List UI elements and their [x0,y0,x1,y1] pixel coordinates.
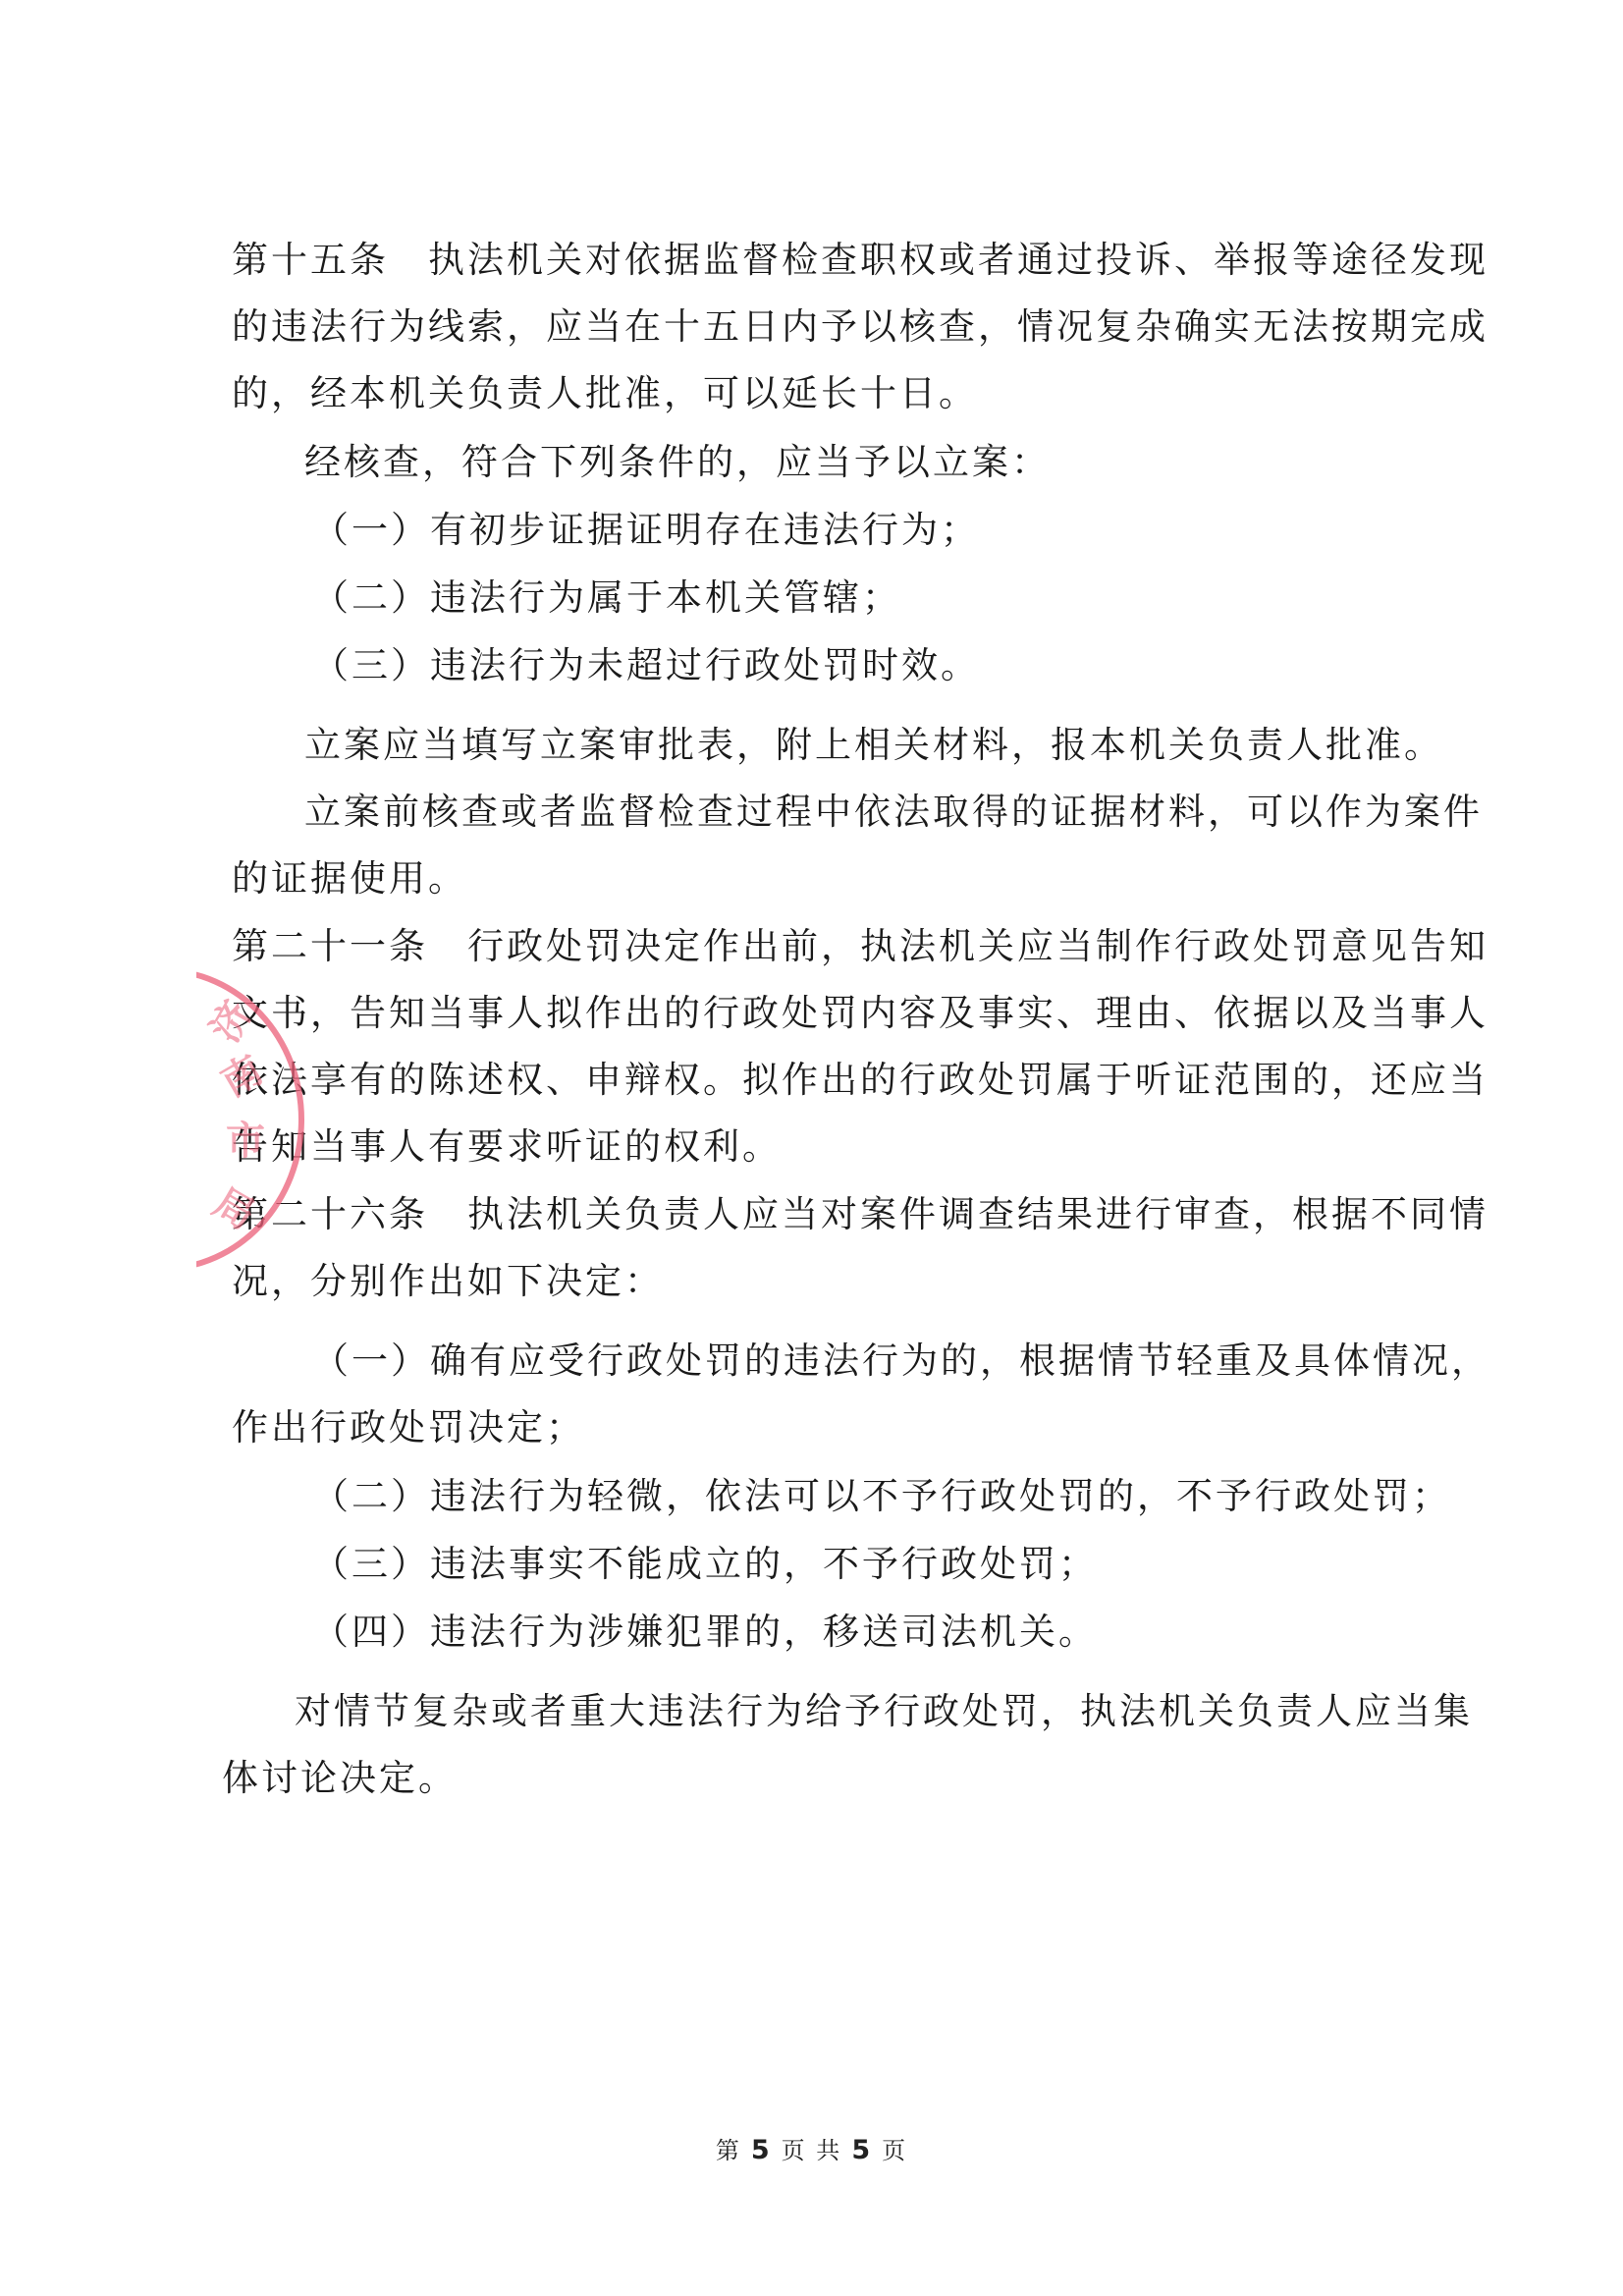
article-15-line-2: 的违法行为线索，应当在十五日内予以核查，情况复杂确实无法按期完成 [232,304,1443,350]
article-26-para-collective-line-2: 体讨论决定。 [222,1756,458,1801]
article-26-line-1: 第二十六条 执法机关负责人应当对案件调查结果进行审查，根据不同情 [232,1192,1443,1237]
article-26-line-2: 况，分别作出如下决定： [232,1259,664,1304]
current-page-number: 5 [751,2135,772,2165]
total-pages-number: 5 [851,2135,872,2165]
article-15-item-1: （一）有初步证据证明存在违法行为； [312,508,980,553]
article-15-line-1: 第十五条 执法机关对依据监督检查职权或者通过投诉、举报等途径发现 [232,238,1443,283]
article-15-line-3: 的，经本机关负责人批准，可以延长十日。 [232,371,978,416]
article-26-item-2: （二）违法行为轻微，依法可以不予行政处罚的，不予行政处罚； [312,1474,1451,1519]
article-21-line-2: 文书，告知当事人拟作出的行政处罚内容及事实、理由、依据以及当事人 [232,991,1443,1036]
article-26-item-3: （三）违法事实不能成立的，不予行政处罚； [312,1542,1098,1587]
footer-prefix: 第 [716,2137,741,2164]
article-15-para-evidence-line-1: 立案前核查或者监督检查过程中依法取得的证据材料，可以作为案件 [304,790,1443,835]
article-15-item-3: （三）违法行为未超过行政处罚时效。 [312,643,980,688]
article-26-item-1-line-2: 作出行政处罚决定； [232,1405,585,1450]
page-number-footer: 第5页 共5页 [0,2131,1623,2165]
article-21-line-4: 告知当事人有要求听证的权利。 [232,1124,782,1170]
article-21-line-1: 第二十一条 行政处罚决定作出前，执法机关应当制作行政处罚意见告知 [232,924,1443,969]
article-26-item-1-line-1: （一）确有应受行政处罚的违法行为的，根据情节轻重及具体情况， [312,1339,1443,1384]
document-page: 第十五条 执法机关对依据监督检查职权或者通过投诉、举报等途径发现 的违法行为线索… [0,0,1623,2296]
article-21-line-3: 依法享有的陈述权、申辩权。拟作出的行政处罚属于听证范围的，还应当 [232,1058,1443,1103]
article-15-para-conditions: 经核查，符合下列条件的，应当予以立案： [304,440,1051,485]
article-15-item-2: （二）违法行为属于本机关管辖； [312,575,901,621]
article-15-para-filing: 立案应当填写立案审批表，附上相关材料，报本机关负责人批准。 [304,723,1443,768]
footer-middle: 页 共 [782,2137,842,2164]
footer-suffix: 页 [882,2137,907,2164]
article-26-para-collective-line-1: 对情节复杂或者重大违法行为给予行政处罚，执法机关负责人应当集 [295,1689,1443,1734]
article-15-para-evidence-line-2: 的证据使用。 [232,856,467,902]
article-26-item-4: （四）违法行为涉嫌犯罪的，移送司法机关。 [312,1610,1098,1655]
